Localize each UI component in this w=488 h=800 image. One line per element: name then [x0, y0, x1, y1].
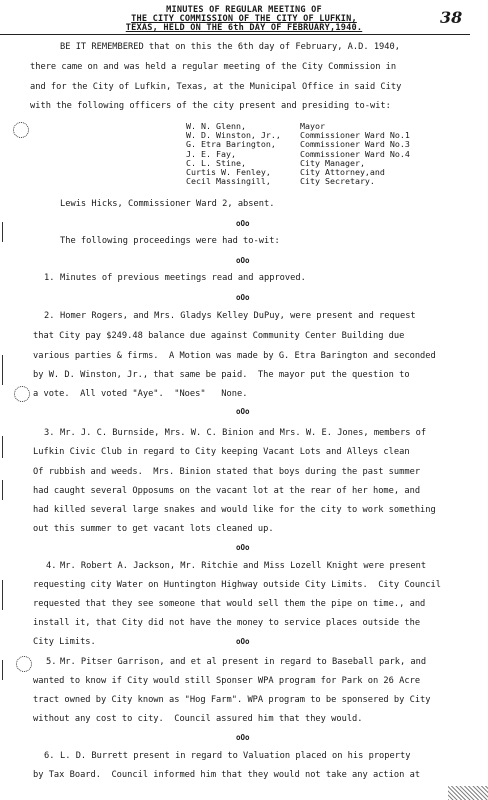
item-1-number: 1. [44, 273, 54, 283]
margin-mark [2, 660, 3, 680]
separator: oOo [236, 293, 250, 302]
margin-mark [2, 436, 3, 458]
item-6-number: 6. [44, 751, 54, 761]
intro-line-1: BE IT REMEMBERED that on this the 6th da… [60, 42, 400, 52]
item-5-line: Mr. Pitser Garrison, and et al present i… [60, 657, 426, 667]
item-3-line: had killed several large snakes and woul… [33, 505, 436, 515]
item-5-line: without any cost to city. Council assure… [33, 714, 363, 724]
separator: oOo [236, 733, 250, 742]
scan-noise [448, 786, 488, 800]
separator: oOo [236, 637, 250, 646]
item-3-line: Mr. J. C. Burnside, Mrs. W. C. Binion an… [60, 428, 426, 438]
margin-mark [2, 222, 3, 242]
item-6-line: by Tax Board. Council informed him that … [33, 770, 420, 780]
item-4-line: install it, that City did not have the m… [33, 618, 420, 628]
margin-mark [2, 480, 3, 500]
page-number: 38 [440, 8, 462, 27]
item-3-line: Lufkin Civic Club in regard to City keep… [33, 447, 410, 457]
item-2-line: Homer Rogers, and Mrs. Gladys Kelley DuP… [60, 311, 416, 321]
punch-hole-mark [13, 122, 29, 138]
header-line-3: TEXAS, HELD ON THE 6th DAY OF FEBRUARY,1… [0, 23, 488, 33]
item-4-line: requesting city Water on Huntington High… [33, 580, 441, 590]
item-4-line: City Limits. [33, 637, 96, 647]
officer-row: Cecil Massingill,City Secretary. [186, 177, 410, 186]
margin-mark [2, 355, 3, 385]
item-2-line: a vote. All voted "Aye". "Noes" None. [33, 389, 247, 399]
item-3-line: Of rubbish and weeds. Mrs. Binion stated… [33, 467, 420, 477]
item-6-line: L. D. Burrett present in regard to Valua… [60, 751, 410, 761]
margin-mark [2, 580, 3, 610]
separator: oOo [236, 256, 250, 265]
item-4-line: Mr. Robert A. Jackson, Mr. Ritchie and M… [60, 561, 426, 571]
intro-line-3: and for the City of Lufkin, Texas, at th… [30, 82, 401, 92]
intro-line-2: there came on and was held a regular mee… [30, 62, 396, 72]
item-2-line: that City pay $249.48 balance due agains… [33, 331, 404, 341]
separator: oOo [236, 407, 250, 416]
item-3-number: 3. [44, 428, 54, 438]
item-2-line: various parties & firms. A Motion was ma… [33, 351, 436, 361]
item-4-line: requested that they see someone that wou… [33, 599, 425, 609]
proceedings-intro: The following proceedings were had to-wi… [60, 236, 280, 246]
header-rule [0, 34, 470, 35]
separator: oOo [236, 543, 250, 552]
document-page: MINUTES OF REGULAR MEETING OF THE CITY C… [0, 0, 488, 800]
punch-hole-mark [14, 386, 30, 402]
intro-line-4: with the following officers of the city … [30, 101, 391, 111]
item-4-number: 4. [46, 561, 56, 571]
officers-list: W. N. Glenn,Mayor W. D. Winston, Jr.,Com… [186, 122, 410, 186]
item-3-line: out this summer to get vacant lots clean… [33, 524, 274, 534]
item-2-line: by W. D. Winston, Jr., that same be paid… [33, 370, 410, 380]
punch-hole-mark [16, 656, 32, 672]
officer-title: City Secretary. [300, 177, 375, 186]
item-5-line: wanted to know if City would still Spons… [33, 676, 420, 686]
officer-name: Cecil Massingill, [186, 177, 300, 186]
item-5-number: 5. [46, 657, 56, 667]
item-2-number: 2. [44, 311, 54, 321]
item-3-line: had caught several Opposums on the vacan… [33, 486, 420, 496]
separator: oOo [236, 219, 250, 228]
item-1-line: Minutes of previous meetings read and ap… [60, 273, 306, 283]
item-5-line: tract owned by City known as "Hog Farm".… [33, 695, 431, 705]
absent-note: Lewis Hicks, Commissioner Ward 2, absent… [60, 199, 274, 209]
